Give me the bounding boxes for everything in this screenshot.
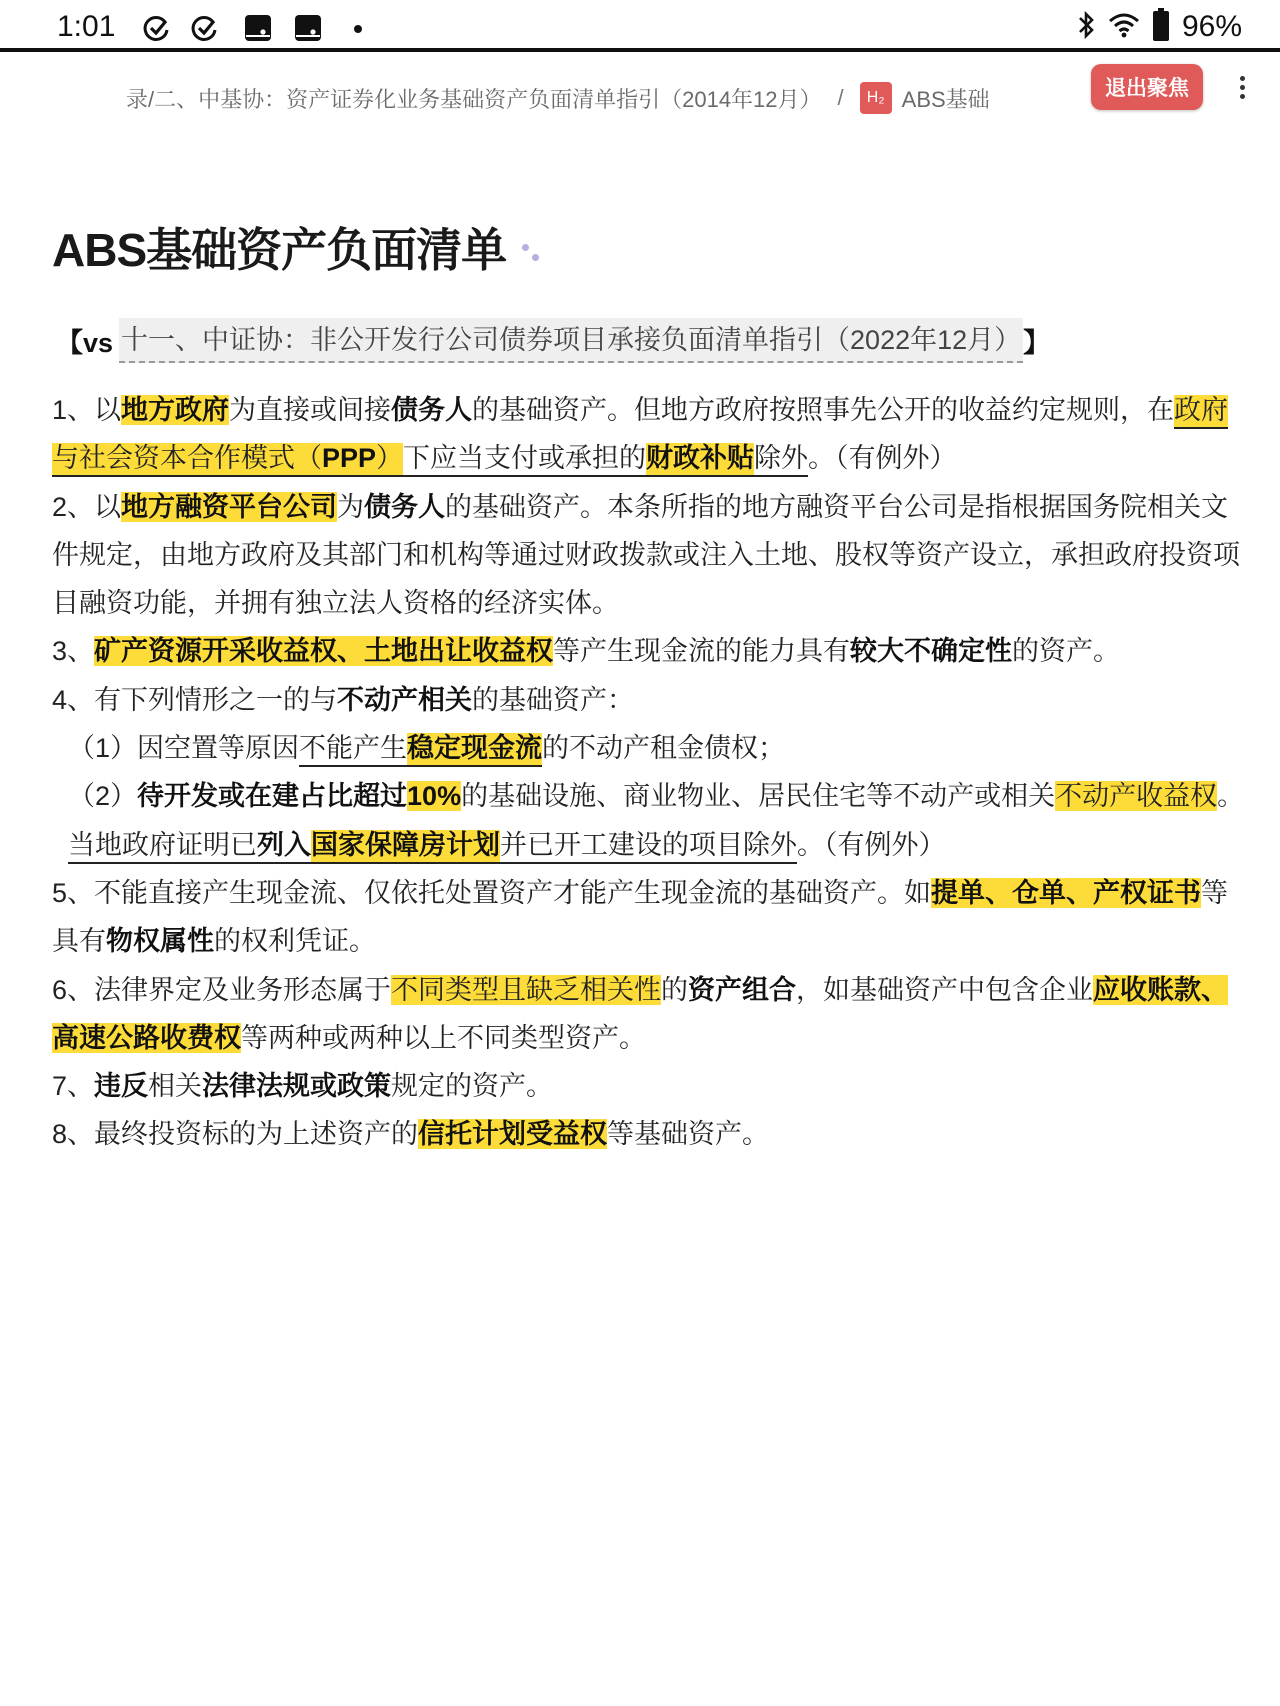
highlighted-text: ） xyxy=(376,443,403,477)
list-item: （2）待开发或在建占比超过10%的基础设施、商业物业、居民住宅等不动产或相关不动… xyxy=(52,772,1252,869)
bluetooth-icon xyxy=(1076,10,1096,44)
highlighted-text: 10% xyxy=(407,781,461,811)
page-title: ABS基础资产负面清单 xyxy=(52,214,506,280)
document-toolbar: 录/二、中基协：资产证券化业务基础资产负面清单指引（2014年12月） / H₂… xyxy=(0,56,1280,136)
highlighted-text: 不同类型且缺乏相关性 xyxy=(391,975,661,1005)
breadcrumb-parent[interactable]: 录/二、中基协：资产证券化业务基础资产负面清单指引（2014年12月） xyxy=(126,83,822,114)
bold-text: 物权属性 xyxy=(106,926,214,956)
text: 为 xyxy=(337,492,364,522)
task-check-icon xyxy=(143,14,171,42)
text: 下应当支付或承担的 xyxy=(403,443,646,477)
breadcrumb-separator: / xyxy=(838,85,844,111)
bold-text: 资产组合 xyxy=(688,975,796,1005)
text: 的基础设施、商业物业、居民住宅等不动产或相关 xyxy=(461,781,1055,811)
text: 相关 xyxy=(148,1071,202,1101)
highlighted-text: 不动产收益权 xyxy=(1055,781,1217,811)
breadcrumb: 录/二、中基协：资产证券化业务基础资产负面清单指引（2014年12月） / H₂… xyxy=(126,82,990,114)
list-item: 3、矿产资源开采收益权、土地出让收益权等产生现金流的能力具有较大不确定性的资产。 xyxy=(52,627,1252,675)
text: （2） xyxy=(68,781,137,811)
status-right: 96% xyxy=(1076,8,1242,46)
breadcrumb-current[interactable]: ABS基础 xyxy=(902,83,990,114)
list-item: 1、以地方政府为直接或间接债务人的基础资产。但地方政府按照事先公开的收益约定规则… xyxy=(52,386,1252,483)
text: 当地政府证明已 xyxy=(68,830,257,864)
text: 。（有例外） xyxy=(808,443,957,473)
text: 不能产生 xyxy=(299,733,407,767)
text: 等产生现金流的能力具有 xyxy=(553,636,850,666)
highlighted-text: 提单、仓单、产权证书 xyxy=(931,878,1201,908)
bold-text: 不动产相关 xyxy=(337,685,472,715)
battery-icon xyxy=(1152,8,1170,46)
text: 的资产。 xyxy=(1012,636,1120,666)
text: 的不动产租金债权； xyxy=(542,733,785,763)
list-item: 6、法律界定及业务形态属于不同类型且缺乏相关性的资产组合，如基础资产中包含企业应… xyxy=(52,966,1252,1063)
status-bar: 1:01 96% xyxy=(0,0,1280,52)
reference-open: 【vs xyxy=(56,321,113,360)
text: 8、最终投资标的为上述资产的 xyxy=(52,1119,418,1149)
clock: 1:01 xyxy=(57,10,115,44)
notification-dot-icon xyxy=(354,25,362,33)
text: 7、 xyxy=(52,1071,94,1101)
text: 2、以 xyxy=(52,492,121,522)
list-item: 5、不能直接产生现金流、仅依托处置资产才能产生现金流的基础资产。如提单、仓单、产… xyxy=(52,869,1252,966)
text: 等基础资产。 xyxy=(607,1119,769,1149)
text: 的基础资产： xyxy=(472,685,634,715)
reader-app-icon xyxy=(294,14,322,42)
highlighted-text: 地方融资平台公司 xyxy=(121,492,337,522)
reader-app-icon xyxy=(244,14,272,42)
highlighted-text: PPP xyxy=(322,443,376,477)
heading-level-icon: H₂ xyxy=(860,82,892,114)
text: 的基础资产。但地方政府按照事先公开的收益约定规则，在 xyxy=(472,395,1174,425)
list-item: 4、有下列情形之一的与不动产相关的基础资产： xyxy=(52,676,1252,724)
text: 。 xyxy=(1217,781,1244,811)
wifi-icon xyxy=(1108,12,1140,42)
bold-text: 较大不确定性 xyxy=(850,636,1012,666)
text: 为直接或间接 xyxy=(229,395,391,425)
bold-text: 列入 xyxy=(257,830,311,864)
list-item: 2、以地方融资平台公司为债务人的基础资产。本条所指的地方融资平台公司是指根据国务… xyxy=(52,483,1252,628)
text: 等两种或两种以上不同类型资产。 xyxy=(241,1023,646,1053)
bold-text: 法律法规或政策 xyxy=(202,1071,391,1101)
list-item: 7、违反相关法律法规或政策规定的资产。 xyxy=(52,1062,1252,1110)
text: 的权利凭证。 xyxy=(214,926,376,956)
document-body: 1、以地方政府为直接或间接债务人的基础资产。但地方政府按照事先公开的收益约定规则… xyxy=(52,386,1252,1159)
text: （1）因空置等原因 xyxy=(68,733,299,763)
bold-text: 违反 xyxy=(94,1071,148,1101)
highlighted-text: 国家保障房计划 xyxy=(311,830,500,864)
bold-text: 待开发或在建占比超过 xyxy=(137,781,407,811)
text: 5、不能直接产生现金流、仅依托处置资产才能产生现金流的基础资产。如 xyxy=(52,878,931,908)
text: ，如基础资产中包含企业 xyxy=(796,975,1093,1005)
highlighted-text: 财政补贴 xyxy=(646,443,754,477)
drag-handle-icon[interactable] xyxy=(522,244,546,268)
highlighted-text: 地方政府 xyxy=(121,395,229,425)
text: 除外 xyxy=(754,443,808,477)
text: 4、有下列情形之一的与 xyxy=(52,685,337,715)
reference-line: 【vs 十一、中证协：非公开发行公司债券项目承接负面清单指引（2022年12月）… xyxy=(56,318,1050,363)
reference-close: 】 xyxy=(1023,321,1050,360)
highlighted-text: 矿产资源开采收益权、土地出让收益权 xyxy=(94,636,553,666)
bold-text: 债务人 xyxy=(391,395,472,425)
battery-percent: 96% xyxy=(1182,10,1242,44)
text: 。（有例外） xyxy=(797,830,946,860)
more-vertical-icon[interactable] xyxy=(1232,70,1252,104)
task-check-icon xyxy=(191,14,219,42)
reference-link[interactable]: 十一、中证协：非公开发行公司债券项目承接负面清单指引（2022年12月） xyxy=(119,318,1023,363)
text: 规定的资产。 xyxy=(391,1071,553,1101)
list-item: （1）因空置等原因不能产生稳定现金流的不动产租金债权； xyxy=(52,724,1252,772)
text: 3、 xyxy=(52,636,94,666)
text: 1、以 xyxy=(52,395,121,425)
highlighted-text: 信托计划受益权 xyxy=(418,1119,607,1149)
text: 并已开工建设的项目除外 xyxy=(500,830,797,864)
text: 6、法律界定及业务形态属于 xyxy=(52,975,391,1005)
list-item: 8、最终投资标的为上述资产的信托计划受益权等基础资产。 xyxy=(52,1110,1252,1158)
highlighted-text: 稳定现金流 xyxy=(407,733,542,767)
bold-text: 债务人 xyxy=(364,492,445,522)
exit-focus-button[interactable]: 退出聚焦 xyxy=(1091,64,1203,110)
text: 的 xyxy=(661,975,688,1005)
